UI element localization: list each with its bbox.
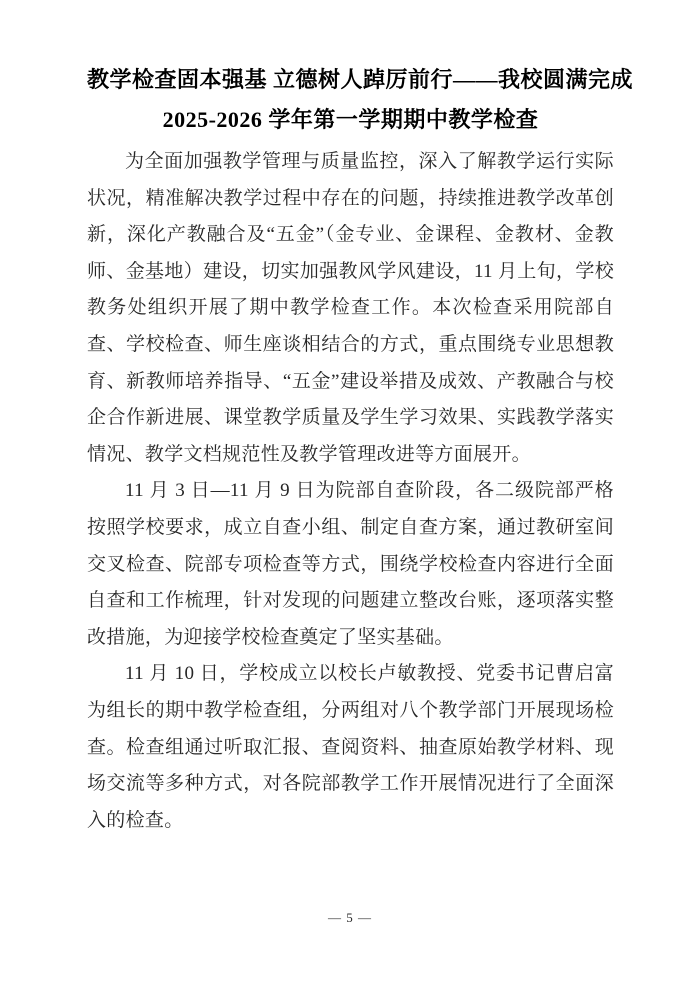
page-number: — 5 —	[0, 910, 700, 926]
paragraph-3: 11 月 10 日，学校成立以校长卢敏教授、党委书记曹启富为组长的期中教学检查组…	[87, 656, 614, 839]
paragraph-2: 11 月 3 日—11 月 9 日为院部自查阶段，各二级院部严格按照学校要求，成…	[87, 473, 614, 656]
title-line-2: 2025-2026 学年第一学期期中教学检查	[87, 100, 614, 140]
paragraph-1: 为全面加强教学管理与质量监控，深入了解教学运行实际状况，精准解决教学过程中存在的…	[87, 144, 614, 473]
document-title: 教学检查固本强基 立德树人踔厉前行——我校圆满完成 2025-2026 学年第一…	[87, 60, 614, 140]
title-line-1: 教学检查固本强基 立德树人踔厉前行——我校圆满完成	[87, 60, 614, 100]
document-body: 为全面加强教学管理与质量监控，深入了解教学运行实际状况，精准解决教学过程中存在的…	[87, 144, 614, 839]
document-page: 教学检查固本强基 立德树人踔厉前行——我校圆满完成 2025-2026 学年第一…	[0, 0, 700, 989]
